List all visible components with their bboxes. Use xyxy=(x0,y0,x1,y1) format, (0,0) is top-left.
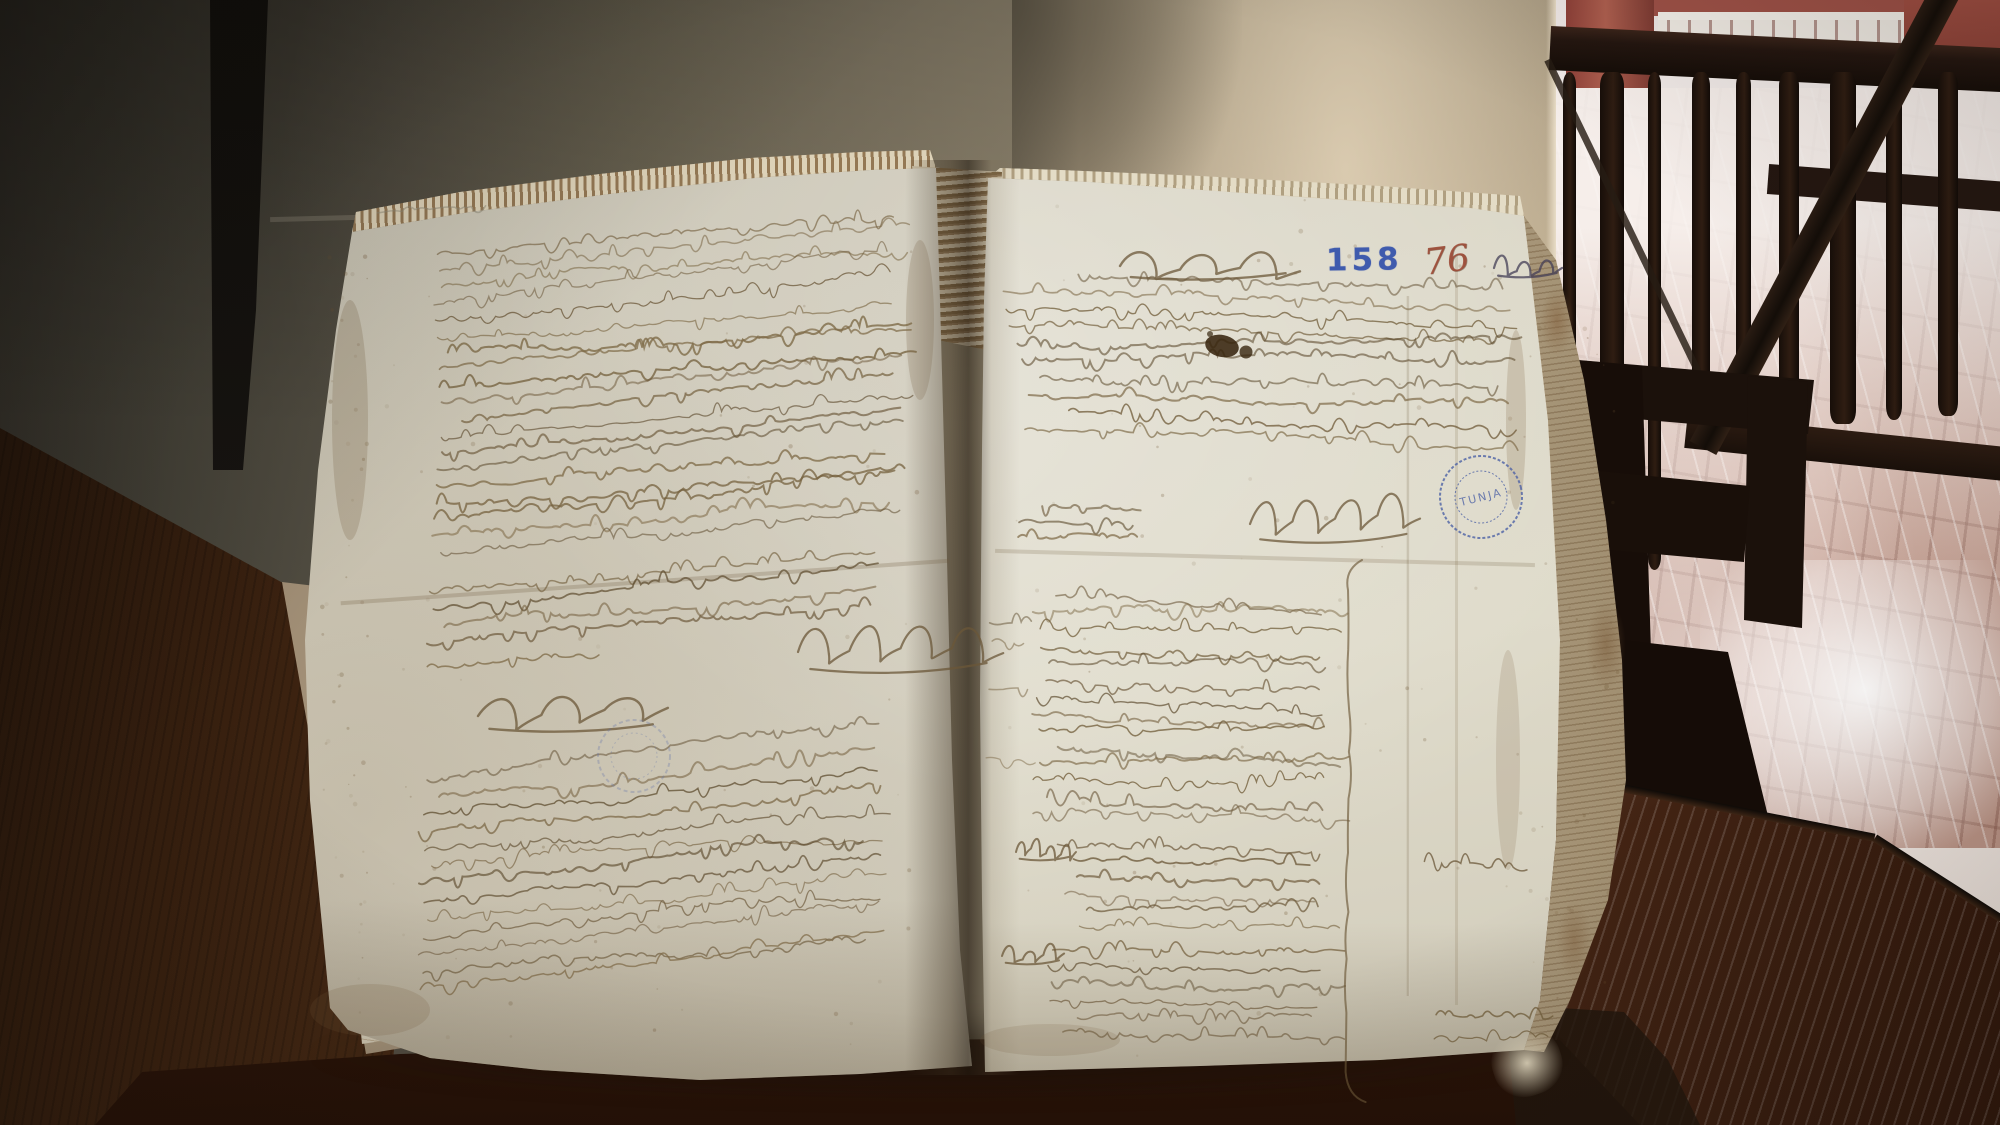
foxing-dot xyxy=(1544,562,1547,565)
handwriting-stroke xyxy=(420,931,883,995)
ink-blot xyxy=(1203,331,1252,360)
foxing-dot xyxy=(1140,534,1144,538)
handwriting-stroke xyxy=(1053,941,1345,959)
handwriting-stroke xyxy=(1040,373,1498,395)
handwriting-stroke xyxy=(448,317,911,355)
foxing-dot xyxy=(522,789,525,792)
handwriting-stroke xyxy=(1022,349,1514,371)
handwriting-stroke xyxy=(442,355,902,404)
foxing-dot xyxy=(897,794,899,796)
foxing-dot xyxy=(340,874,344,878)
handwriting-stroke xyxy=(440,218,910,275)
foxing-dot xyxy=(681,1009,683,1011)
foxing-dot xyxy=(542,846,545,849)
foxing-dot xyxy=(910,250,913,253)
handwriting-stroke xyxy=(1080,917,1340,931)
handwriting-stroke xyxy=(1018,333,1522,355)
foxing-dot xyxy=(599,889,601,891)
handwriting-stroke xyxy=(1033,602,1347,622)
foxing-dot xyxy=(366,872,368,874)
foxing-dot xyxy=(594,522,597,525)
foxing-dot xyxy=(720,414,723,417)
handwriting-stroke xyxy=(435,264,890,324)
handwriting-stroke xyxy=(1048,963,1320,975)
foxing-dot xyxy=(1576,618,1578,620)
foxing-dot xyxy=(1352,392,1355,395)
handwriting-stroke xyxy=(1029,387,1508,413)
foxing-dot xyxy=(1583,814,1586,817)
handwriting-layer: TUNJA xyxy=(0,0,2000,1125)
foxing-dot xyxy=(1173,865,1176,868)
handwriting-stroke xyxy=(798,626,1003,673)
handwriting-stroke xyxy=(427,597,870,649)
foxing-dot xyxy=(1170,922,1173,925)
foxing-dot xyxy=(1307,385,1310,388)
foxing-dot xyxy=(349,794,353,798)
foxing-dot xyxy=(1289,262,1293,266)
foxing-dot xyxy=(334,420,339,425)
foxing-dot xyxy=(361,760,366,765)
foxing-dot xyxy=(1531,827,1536,832)
handwriting-stroke xyxy=(1040,752,1349,769)
foxing-dot xyxy=(323,789,325,791)
left-page-writing xyxy=(377,206,1003,995)
foxing-dot xyxy=(1133,871,1137,875)
handwriting-stroke xyxy=(1077,870,1319,890)
foxing-dot xyxy=(354,408,358,412)
foxing-dot xyxy=(363,255,367,259)
foxing-dot xyxy=(726,332,728,334)
foxing-dot xyxy=(330,323,332,325)
foxing-dot xyxy=(1474,587,1477,590)
foxing-dot xyxy=(594,940,597,943)
handwriting-stroke xyxy=(441,509,900,556)
handwriting-stroke xyxy=(439,348,916,387)
foxing-dot xyxy=(1457,867,1460,870)
handwriting-stroke xyxy=(1058,837,1320,861)
foxing-dot xyxy=(348,545,350,547)
foxing-dot xyxy=(1266,657,1269,660)
handwriting-stroke xyxy=(440,326,911,369)
foxing-dot xyxy=(1506,885,1508,887)
foxing-dot xyxy=(1365,723,1367,725)
handwriting-stroke xyxy=(377,206,485,213)
foxing-dot xyxy=(402,934,405,937)
handwriting-stroke xyxy=(1494,256,1562,278)
foxing-dot xyxy=(455,958,457,960)
handwriting-stroke xyxy=(1019,518,1133,534)
handwriting-stroke xyxy=(478,697,668,732)
foxing-dot xyxy=(1491,272,1494,275)
foxing-dot xyxy=(1556,997,1558,999)
handwriting-stroke xyxy=(1032,712,1324,728)
foxing-dot xyxy=(360,601,364,605)
handwriting-stroke xyxy=(438,210,894,258)
foxing-dot xyxy=(1483,265,1485,267)
foxing-dot xyxy=(510,1035,513,1038)
foxing-dot xyxy=(1161,494,1164,497)
foxing-dot xyxy=(365,442,369,446)
foxing-dot xyxy=(834,1012,838,1016)
foxing-dot xyxy=(1325,895,1328,898)
foxing-dot xyxy=(1603,364,1605,366)
foxing-dot xyxy=(1417,405,1422,410)
foxing-dot xyxy=(1476,736,1478,738)
handwriting-stroke xyxy=(986,757,1035,768)
handwriting-stroke xyxy=(1049,654,1325,673)
handwriting-stroke xyxy=(1037,693,1322,716)
foxing-dot xyxy=(657,925,660,928)
handwriting-stroke xyxy=(1052,977,1345,997)
foxing-dot xyxy=(331,380,333,382)
foxing-dot xyxy=(1304,199,1306,201)
handwriting-stroke xyxy=(441,395,912,441)
handwriting-stroke xyxy=(1345,560,1366,1102)
right-page-writing xyxy=(986,252,1562,1102)
foxing-dot xyxy=(335,856,338,859)
foxing-dot xyxy=(1016,520,1018,522)
foxing-dot xyxy=(1324,516,1329,521)
handwriting-stroke xyxy=(1436,1008,1553,1019)
handwriting-stroke xyxy=(1065,892,1314,908)
handwriting-stroke xyxy=(439,748,874,798)
foxing-dot xyxy=(1587,337,1589,339)
foxing-dot xyxy=(1248,477,1252,481)
foxing-dot xyxy=(1555,911,1558,914)
foxing-dot xyxy=(1574,819,1579,824)
foxing-dot xyxy=(1405,686,1409,690)
foxing-dot xyxy=(1611,501,1615,505)
foxing-dot xyxy=(656,988,658,990)
foxing-dot xyxy=(508,1001,512,1005)
foxing-dot xyxy=(358,931,360,933)
paper-stain xyxy=(906,240,934,400)
foxing-dot xyxy=(1596,354,1598,356)
foxing-dot xyxy=(353,774,355,776)
foxing-dot xyxy=(1530,355,1532,357)
faint-archive-stamp xyxy=(598,720,670,792)
ink-blot-drop xyxy=(1240,346,1253,359)
foxing-dot xyxy=(888,698,890,700)
foxing-dot xyxy=(328,400,332,404)
foxing-dot xyxy=(1128,960,1130,962)
foxing-dot xyxy=(428,296,430,298)
foxing-dot xyxy=(1256,1011,1261,1016)
foxing-dot xyxy=(1192,562,1196,566)
foxing-dot xyxy=(1081,801,1085,805)
foxing-dot xyxy=(850,1043,852,1045)
foxing-dot xyxy=(366,635,369,638)
faint-stamp-ring xyxy=(598,720,670,792)
foxing-dot xyxy=(1133,960,1135,962)
foxing-dot xyxy=(1606,891,1610,895)
foxing-dot xyxy=(873,449,876,452)
foxing-dot xyxy=(460,679,462,681)
foxing-dot xyxy=(1139,425,1141,427)
foxing-dot xyxy=(1241,746,1244,749)
foxing-dot xyxy=(1539,254,1543,258)
foxing-dot xyxy=(1180,284,1182,286)
handwriting-stroke xyxy=(1046,680,1319,697)
foxing-dot xyxy=(1008,726,1011,729)
foxing-dot xyxy=(360,923,363,926)
foxing-dot xyxy=(1544,325,1546,327)
foxing-dot xyxy=(1241,558,1243,560)
photograph: TUNJA 158 76 xyxy=(0,0,2000,1125)
foxing-dot xyxy=(357,343,360,346)
foxing-dot xyxy=(906,927,910,931)
foxing-dot xyxy=(1613,410,1616,413)
foxing-dot xyxy=(346,442,350,446)
foxing-dot xyxy=(363,900,366,903)
foxing-dot xyxy=(1379,749,1382,752)
foxing-dot xyxy=(905,623,907,625)
foxing-dot xyxy=(360,467,364,471)
handwriting-stroke xyxy=(1002,944,1064,965)
foxing-dot xyxy=(596,644,600,648)
handwriting-stroke xyxy=(1069,404,1516,438)
foxing-dot xyxy=(788,444,792,448)
foxing-dot xyxy=(354,355,357,358)
foxing-dot xyxy=(1423,738,1426,741)
foxing-dot xyxy=(747,476,750,479)
handwriting-stroke xyxy=(1016,839,1076,861)
folio-number-stamped: 158 xyxy=(1326,241,1403,278)
foxing-dot xyxy=(1609,265,1611,267)
foxing-dot xyxy=(1508,417,1512,421)
foxing-dot xyxy=(330,308,334,312)
foxing-dot xyxy=(362,851,364,853)
foxing-dot xyxy=(359,1011,361,1013)
foxing-dot xyxy=(1559,620,1562,623)
foxing-dot xyxy=(324,346,326,348)
foxing-dot xyxy=(1566,888,1570,892)
foxing-dot xyxy=(1214,862,1218,866)
foxing-dot xyxy=(1507,490,1511,494)
foxing-dot xyxy=(471,442,476,447)
foxing-dot xyxy=(1063,279,1065,281)
foxing-dot xyxy=(1519,811,1522,814)
handwriting-stroke xyxy=(1018,529,1137,538)
foxing-dot xyxy=(752,485,755,488)
foxing-dot xyxy=(1603,981,1606,984)
foxing-dot xyxy=(1567,907,1571,911)
handwriting-stroke xyxy=(992,639,1023,650)
handwriting-stroke xyxy=(1042,505,1140,516)
handwriting-stroke xyxy=(424,890,880,940)
foxing-dot xyxy=(1257,259,1261,263)
foxing-dot xyxy=(1616,670,1620,674)
handwriting-stroke xyxy=(1003,283,1509,311)
foxing-dot xyxy=(340,296,344,300)
foxing-dot xyxy=(1537,326,1541,330)
foxing-dot xyxy=(402,668,405,671)
foxing-dot xyxy=(1610,621,1612,623)
foxing-dot xyxy=(405,786,407,788)
handwriting-stroke xyxy=(989,688,1027,697)
foxing-dot xyxy=(724,789,726,791)
foxing-dot xyxy=(1399,383,1401,385)
foxing-dot xyxy=(1529,889,1533,893)
foxing-dot xyxy=(866,465,869,468)
foxing-dot xyxy=(1421,688,1423,690)
foxing-dot xyxy=(850,1022,853,1025)
foxing-dot xyxy=(325,602,329,606)
handwriting-stroke xyxy=(1434,1030,1548,1042)
foxing-dot xyxy=(339,672,344,677)
foxing-dot xyxy=(385,404,389,408)
foxing-dot xyxy=(1523,436,1525,438)
handwriting-stroke xyxy=(437,450,885,487)
foxing-dot xyxy=(420,470,423,473)
handwriting-stroke xyxy=(1047,789,1323,811)
foxing-dot xyxy=(345,576,347,578)
foxing-dot xyxy=(1035,589,1039,593)
foxing-dot xyxy=(1088,671,1090,673)
handwriting-stroke xyxy=(444,587,875,627)
handwriting-stroke xyxy=(1041,648,1320,665)
foxing-dot xyxy=(1338,598,1342,602)
foxing-dot xyxy=(574,961,576,963)
handwriting-stroke xyxy=(419,901,879,955)
foxing-dot xyxy=(340,319,343,322)
foxing-dot xyxy=(538,764,542,768)
foxing-dot xyxy=(653,1028,656,1031)
handwriting-stroke xyxy=(1033,771,1324,793)
foxing-dot xyxy=(1588,539,1591,542)
foxing-dot xyxy=(327,255,331,259)
foxing-dot xyxy=(845,635,849,639)
foxing-dot xyxy=(623,708,626,711)
handwriting-stroke xyxy=(1250,494,1420,543)
foxing-dot xyxy=(1604,688,1606,690)
foxing-dot xyxy=(1136,1055,1138,1057)
foxing-dot xyxy=(350,272,354,276)
foxing-dot xyxy=(320,605,325,610)
faint-stamp-ring xyxy=(611,733,657,779)
paper-stain xyxy=(980,1024,1120,1056)
handwriting-stroke xyxy=(423,937,865,981)
foxing-dot xyxy=(1533,961,1535,963)
ink-blot-drop xyxy=(1207,331,1213,337)
foxing-dot xyxy=(332,700,335,703)
handwriting-stroke xyxy=(1050,999,1317,1009)
foxing-dot xyxy=(1298,229,1303,234)
handwriting-stroke xyxy=(419,783,881,841)
foxing-dot xyxy=(348,784,349,785)
foxing-dot xyxy=(351,499,354,502)
foxing-dot xyxy=(1156,446,1159,449)
foxing-dot xyxy=(1569,606,1571,608)
foxing-dot xyxy=(337,674,339,676)
foxing-dot xyxy=(803,305,806,308)
foxing-dot xyxy=(426,598,430,602)
paper-stain xyxy=(1496,650,1520,870)
handwriting-stroke xyxy=(427,654,599,668)
foxing-dot xyxy=(524,315,527,318)
foxing-dot xyxy=(393,364,395,366)
foxing-dot xyxy=(1583,327,1588,332)
foxing-dot xyxy=(1560,386,1565,391)
foxing-dot xyxy=(393,883,395,885)
handwriting-stroke xyxy=(1087,898,1318,912)
foxing-dot xyxy=(353,802,358,807)
handwriting-stroke xyxy=(433,563,878,615)
paper-stains xyxy=(310,240,1526,1056)
foxing-dot xyxy=(344,272,348,276)
handwriting-stroke xyxy=(1040,618,1341,636)
foxing-dot xyxy=(359,903,362,906)
handwriting-stroke xyxy=(427,717,878,783)
foxing-dot xyxy=(1545,897,1549,901)
foxing-dot xyxy=(1516,753,1519,756)
foxing-dot xyxy=(1111,413,1113,415)
foxing-dot xyxy=(338,684,341,687)
foxing-dot xyxy=(1083,638,1086,641)
foxing-dot xyxy=(426,845,428,847)
handwriting-stroke xyxy=(1074,853,1310,865)
foxing-dot xyxy=(325,742,328,745)
foxing-dot xyxy=(1027,890,1029,892)
foxing-dot xyxy=(907,868,911,872)
handwriting-stroke xyxy=(438,302,892,341)
handwriting-stroke xyxy=(990,613,1032,624)
foxing-dot xyxy=(347,727,350,730)
handwriting-stroke xyxy=(1058,747,1340,767)
foxing-dot xyxy=(915,490,920,495)
foxing-dot xyxy=(362,458,365,461)
folio-number-old: 76 xyxy=(1422,237,1472,283)
foxing-dot xyxy=(1337,665,1341,669)
handwriting-stroke xyxy=(428,869,886,921)
handwriting-stroke xyxy=(424,854,880,904)
foxing-dot xyxy=(446,1035,450,1039)
handwriting-stroke xyxy=(1078,1009,1312,1025)
foxing-dot xyxy=(1585,723,1586,724)
foxing-dot xyxy=(1293,406,1295,408)
paper-stain xyxy=(310,984,430,1036)
foxing-dot xyxy=(1284,911,1288,915)
foxing-dot xyxy=(366,278,368,280)
foxing-dot xyxy=(878,980,882,984)
foxing-dot xyxy=(321,633,324,636)
handwriting-stroke xyxy=(1056,586,1321,615)
foxing-dot xyxy=(1381,546,1383,548)
foxing-dot xyxy=(358,978,360,980)
foxing-dot xyxy=(410,796,412,798)
stamp-text: TUNJA xyxy=(1457,486,1503,509)
handwriting-stroke xyxy=(434,470,894,521)
foxing-dot xyxy=(362,957,364,959)
foxing-dot xyxy=(1055,205,1059,209)
paper-stain xyxy=(332,300,368,540)
foxing-dot xyxy=(1541,826,1543,828)
handwriting-stroke xyxy=(432,498,889,538)
foxing-dot xyxy=(1593,665,1597,669)
